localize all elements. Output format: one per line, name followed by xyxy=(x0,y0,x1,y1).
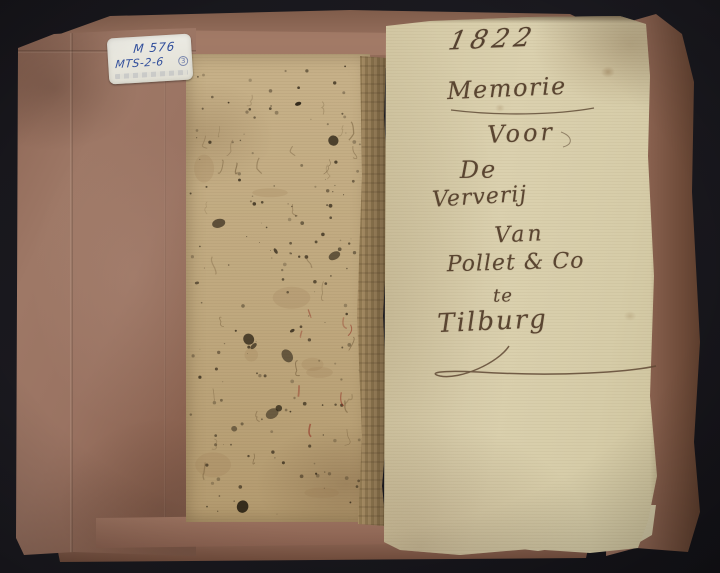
year-inscription: 1822 xyxy=(446,23,540,57)
title-line-pollet-co: Pollet & Co xyxy=(446,248,584,277)
label-circled-number: 3 xyxy=(178,55,189,66)
title-line-de: De xyxy=(460,156,498,184)
title-line-van: Van xyxy=(494,221,545,248)
archival-photo: 1822 Memorie Voor De Ververij Van Pollet… xyxy=(0,0,720,573)
title-line-memorie: Memorie xyxy=(446,72,567,105)
label-shelfmark-line2: MTS-2-6 xyxy=(115,55,165,71)
title-line-te: te xyxy=(493,285,513,306)
handwritten-title-block: 1822 Memorie Voor De Ververij Van Pollet… xyxy=(0,0,720,573)
label-fine-print xyxy=(115,70,188,79)
title-line-tilburg: Tilburg xyxy=(437,304,549,339)
title-line-ververij: Ververij xyxy=(431,182,528,213)
archive-label: M 576 MTS-2-6 3 xyxy=(107,33,194,84)
title-line-voor: Voor xyxy=(487,118,556,149)
label-shelfmark-row: MTS-2-6 3 xyxy=(115,54,189,71)
